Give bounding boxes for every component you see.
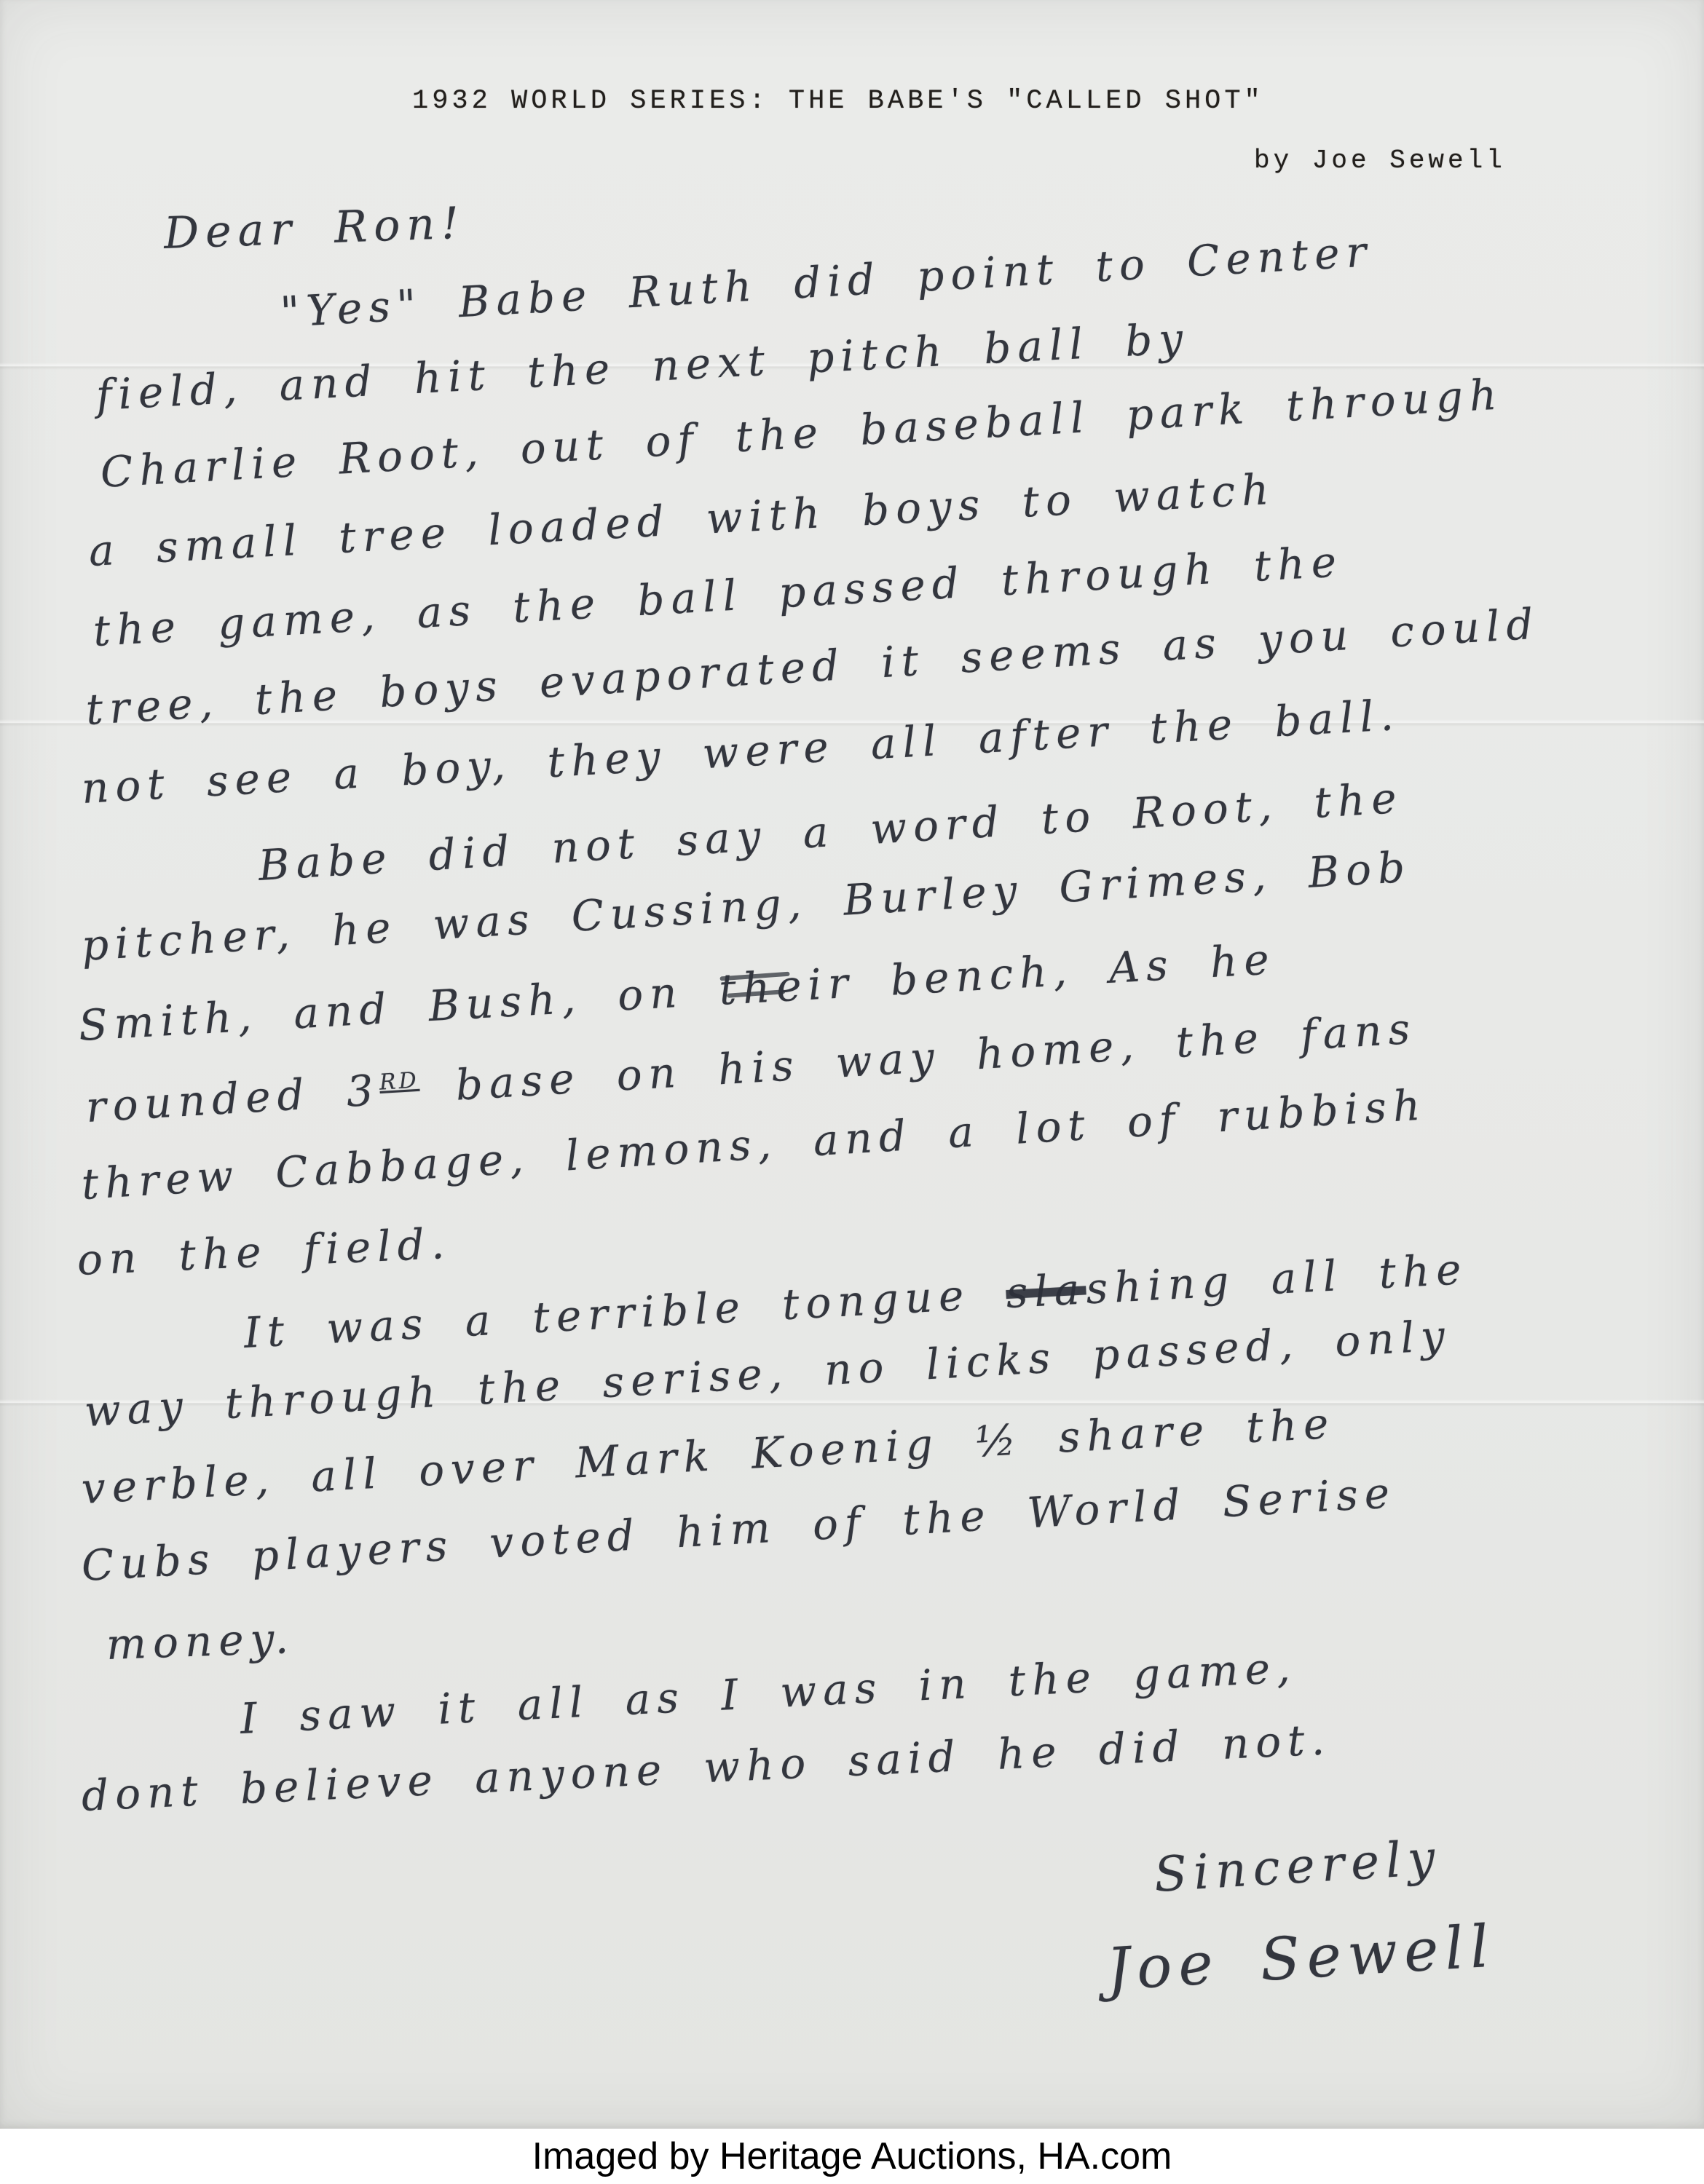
- letter-text: Joe Sewell: [1105, 1912, 1497, 2003]
- salutation: Dear Ron!: [163, 199, 466, 258]
- typed-byline: by Joe Sewell: [1254, 146, 1506, 175]
- signature: Joe Sewell: [1105, 1914, 1497, 2001]
- scanned-letter-page: 1932 WORLD SERIES: THE BABE'S "CALLED SH…: [0, 0, 1704, 2184]
- letter-text: on the field.: [76, 1219, 451, 1285]
- footer-credit-bar: Imaged by Heritage Auctions, HA.com: [0, 2129, 1704, 2184]
- letter-text: Dear Ron!: [163, 198, 466, 259]
- letter-text: rounded 3: [84, 1065, 382, 1132]
- letter-line: money.: [106, 1615, 296, 1669]
- typed-title: 1932 WORLD SERIES: THE BABE'S "CALLED SH…: [412, 86, 1264, 116]
- stray-equals-mark: [719, 972, 792, 1012]
- letter-text: money.: [106, 1613, 296, 1669]
- letter-paper: 1932 WORLD SERIES: THE BABE'S "CALLED SH…: [0, 0, 1704, 2129]
- letter-line: on the field.: [76, 1221, 452, 1284]
- letter-text: shing all the: [1084, 1244, 1469, 1313]
- closing: Sincerely: [1153, 1832, 1443, 1902]
- stray-mark-bar: [727, 989, 785, 998]
- letter-text: Sincerely: [1153, 1829, 1443, 1903]
- letter-text: RD: [379, 1067, 420, 1095]
- footer-credit-text: Imaged by Heritage Auctions, HA.com: [532, 2134, 1172, 2178]
- scribbled-word: sla: [1005, 1264, 1087, 1318]
